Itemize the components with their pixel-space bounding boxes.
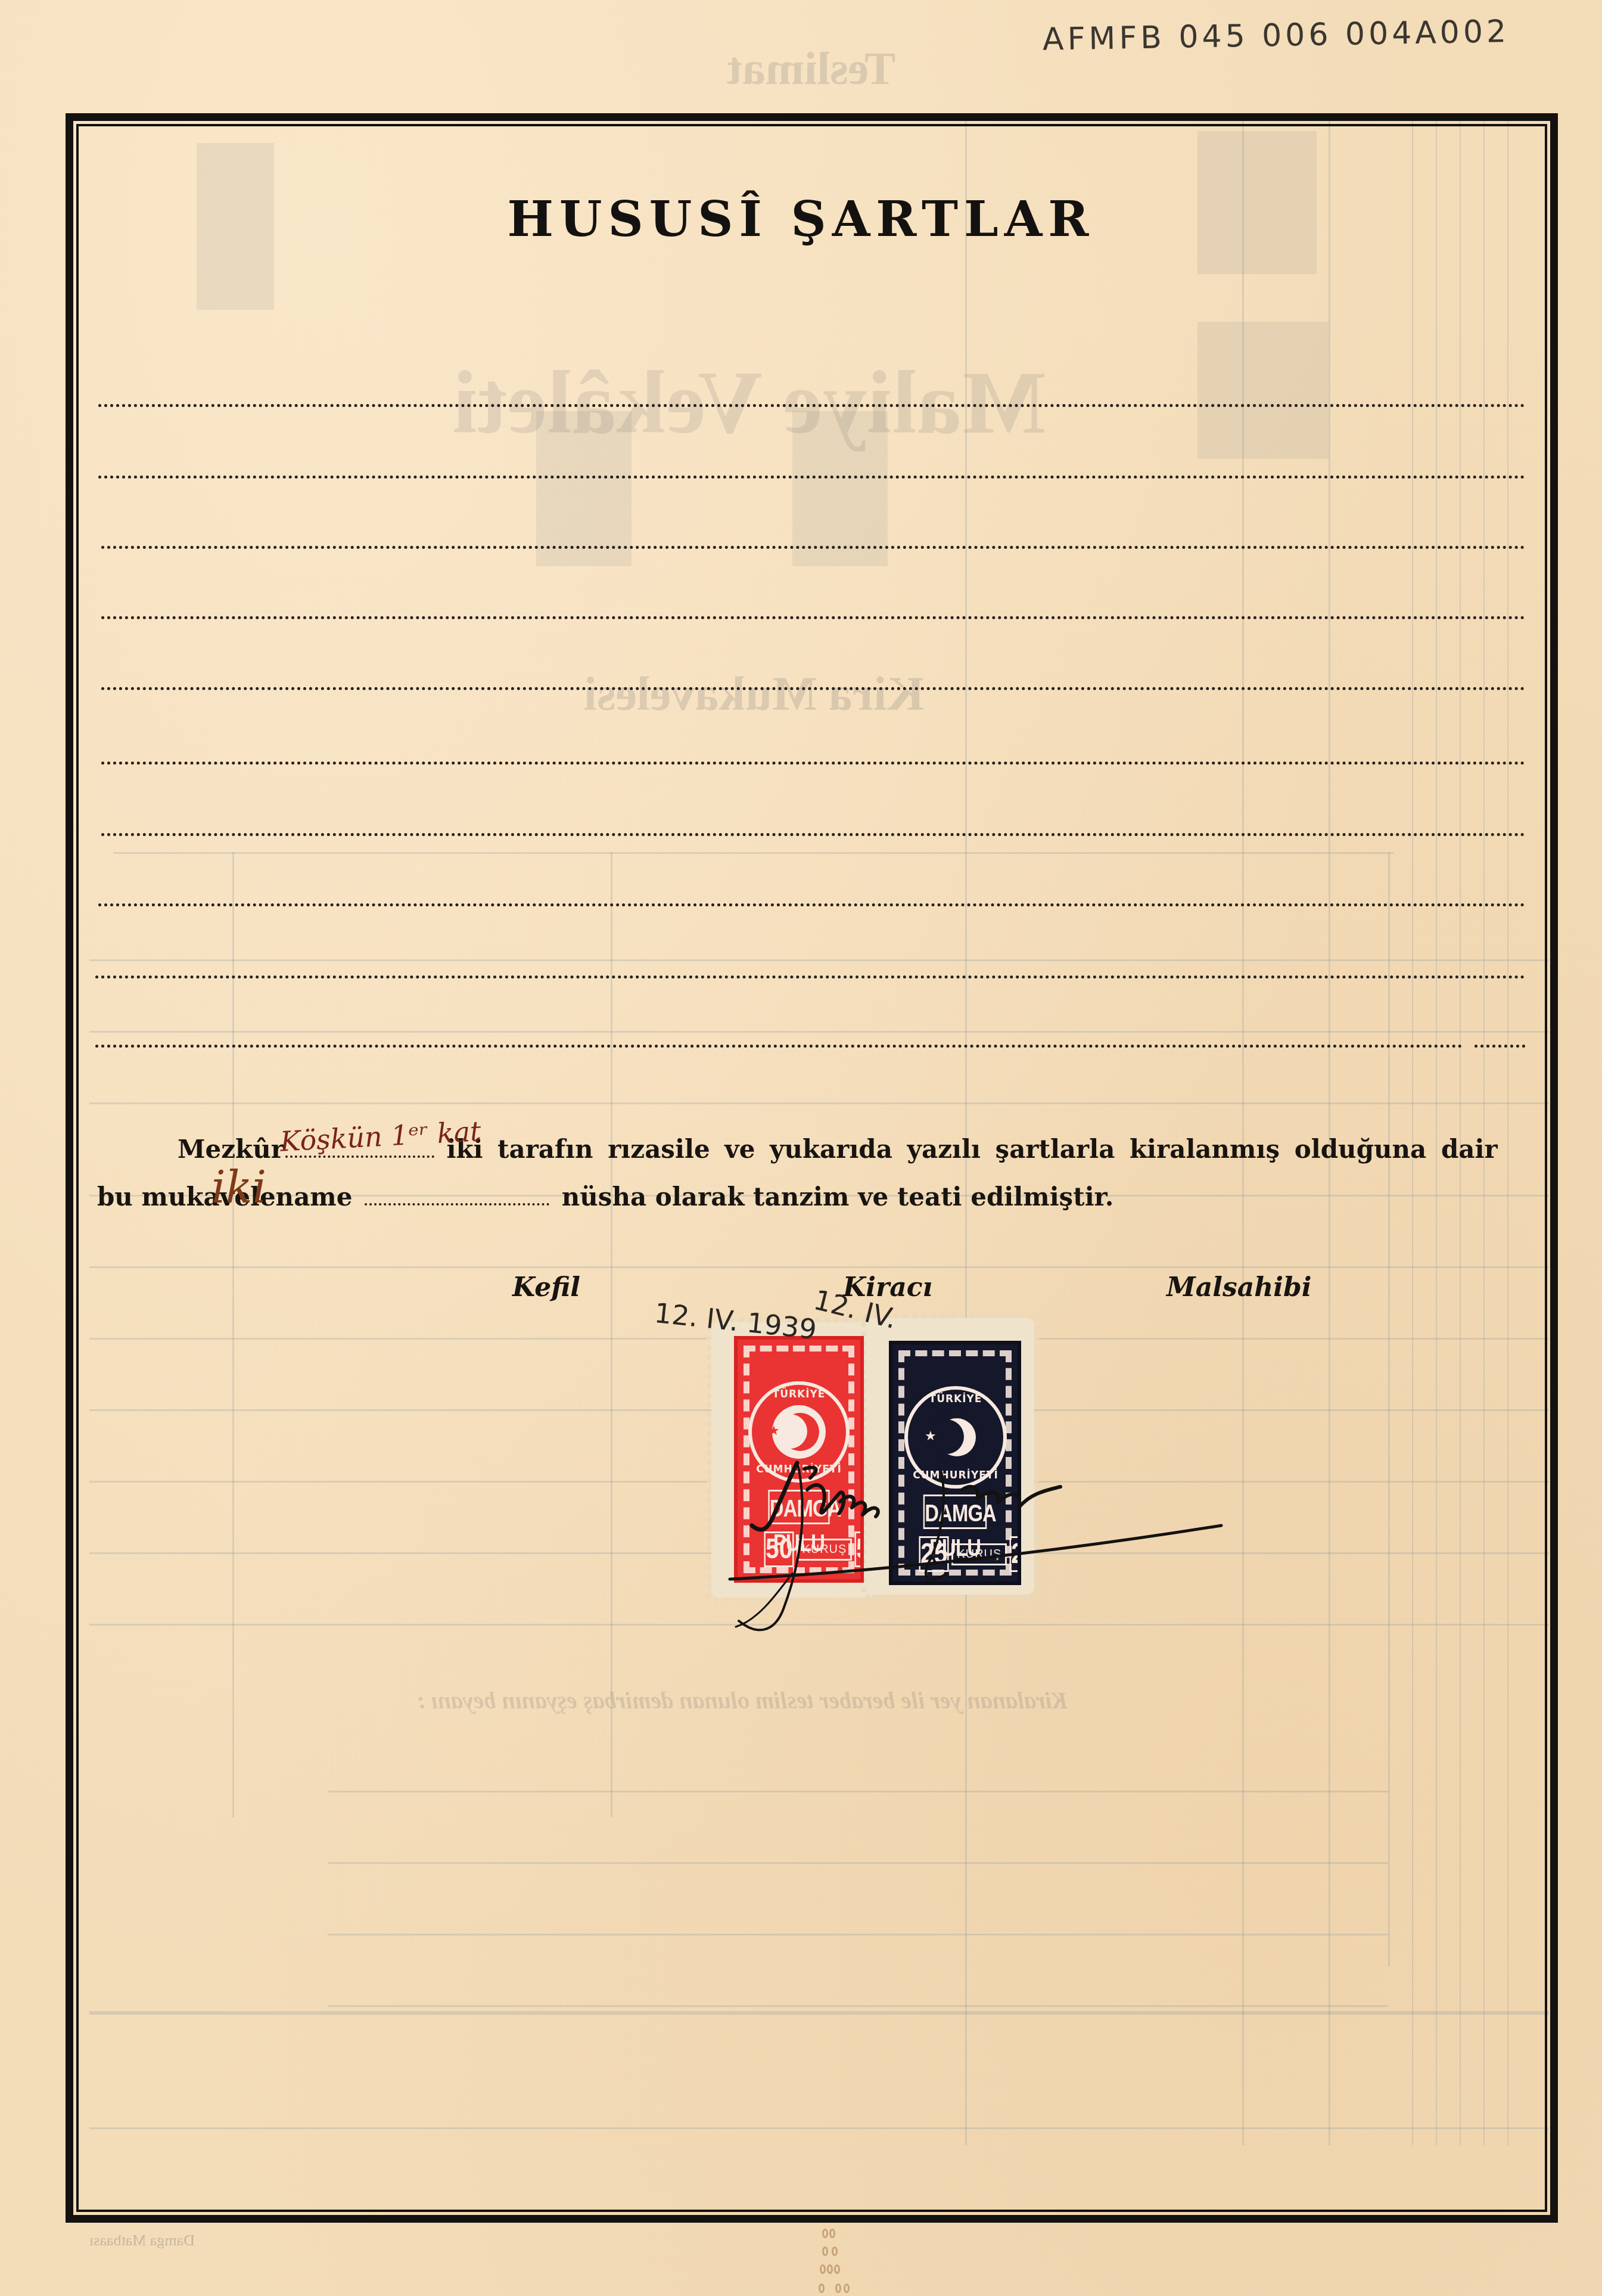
copies-field[interactable] [365,1177,549,1206]
stamp-currency: KURUŞ [797,1539,852,1561]
copies-handwritten: iki [211,1162,266,1213]
stamp-currency: KURUŞ [951,1543,1007,1565]
stamp-label: DAMGA PULU [923,1495,987,1529]
clause-suffix: iki tarafın rızasile ve yukarıda yazılı … [446,1135,1497,1164]
ruled-line[interactable] [101,616,1525,619]
clause-suffix-2: nüsha olarak tanzim ve teati edilmiştir. [562,1182,1114,1211]
ruled-line[interactable] [101,687,1525,690]
document-frame-inner [76,124,1547,2212]
stamp-value-left: 25 [919,1536,948,1572]
ruled-line-tail [1475,1045,1525,1048]
printer-name-ghost: Damga Matbaası [89,2232,195,2250]
ruled-line[interactable] [101,762,1525,765]
ruled-line[interactable] [98,404,1525,407]
ghost-heading: Teslimat [727,42,895,95]
guarantor-label: Kefil [512,1272,580,1303]
stamp-value-right: 50 [855,1531,864,1567]
stamp-label: DAMGA PULU [768,1490,829,1524]
ruled-line[interactable] [95,975,1525,978]
clause-prefix: Mezkûr [178,1135,284,1164]
ruled-line[interactable] [98,903,1525,906]
crescent-icon [938,1418,976,1456]
revenue-stamp-25: TÜRKİYE CUMHURİYETİ ★ DAMGA PULU 25 KURU… [889,1341,1021,1585]
ruled-line[interactable] [101,546,1525,549]
ruled-line[interactable] [95,1045,1463,1048]
page-title: HUSUSÎ ŞARTLAR [0,191,1602,248]
ruled-line[interactable] [98,476,1525,479]
stamp-value-left: 50 [764,1531,794,1567]
owner-label: Malsahibi [1166,1272,1311,1303]
crescent-icon [781,1413,819,1451]
stamp-value-right: 25 [1010,1536,1021,1572]
revenue-stamp-50: TÜRKİYE CUMHURİYETİ ★ DAMGA PULU 50 KURU… [734,1336,864,1583]
catalog-id: AFMFB 045 006 004A002 [1043,14,1510,58]
ruled-line[interactable] [101,833,1525,836]
star-icon: ★ [768,1425,780,1438]
stamp-medallion: TÜRKİYE CUMHURİYETİ ★ [748,1381,850,1483]
stamp-medallion: TÜRKİYE CUMHURİYETİ ★ [904,1386,1007,1489]
star-icon: ★ [925,1430,937,1443]
